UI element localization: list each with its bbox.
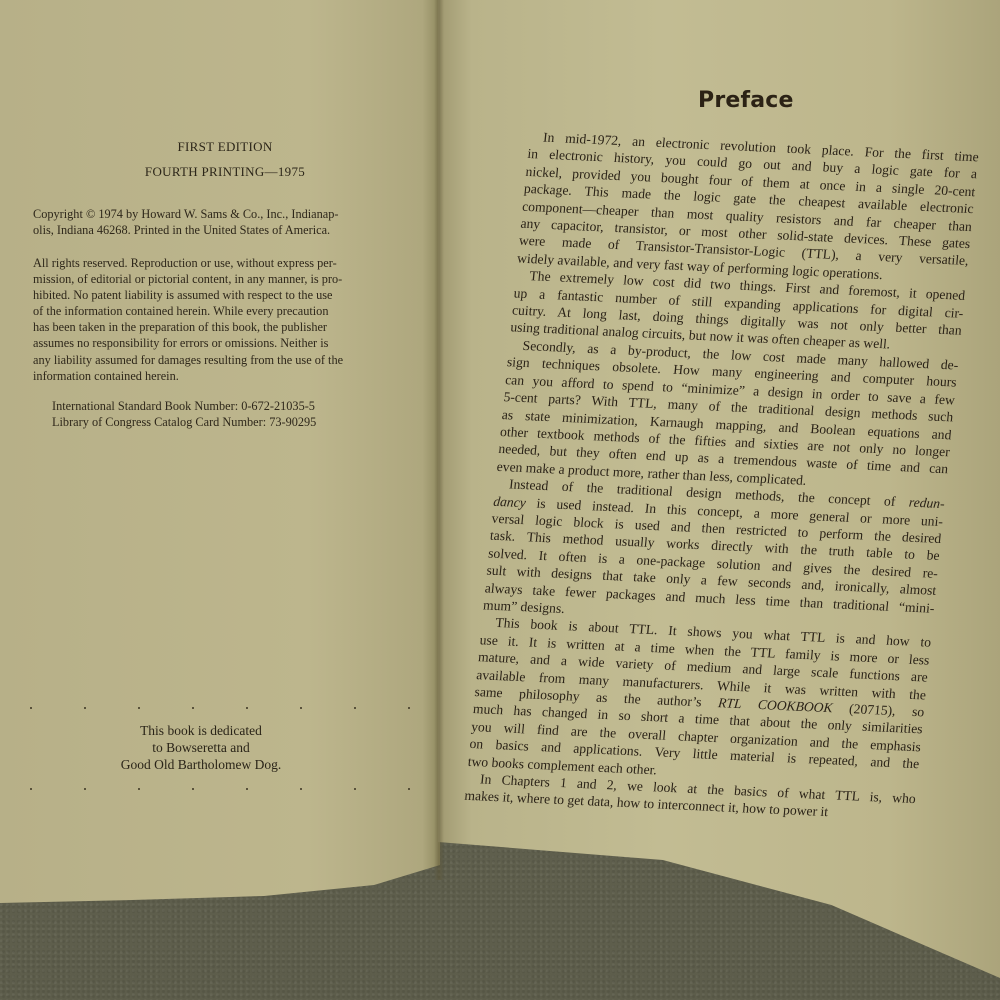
dot-row-top bbox=[30, 707, 410, 709]
dedication-line: to Bowseretta and bbox=[95, 739, 307, 756]
dot-row-bottom bbox=[30, 788, 410, 790]
edition-label: FIRST EDITION bbox=[60, 139, 390, 155]
rights-line: has been taken in the preparation of thi… bbox=[33, 319, 411, 335]
dedication: This book is dedicated to Bowseretta and… bbox=[95, 722, 307, 773]
dedication-line: Good Old Bartholomew Dog. bbox=[95, 756, 307, 773]
lccn-line: Library of Congress Catalog Card Number:… bbox=[52, 414, 316, 430]
book-numbers: International Standard Book Number: 0-67… bbox=[52, 398, 316, 430]
isbn-line: International Standard Book Number: 0-67… bbox=[52, 398, 316, 414]
dedication-line: This book is dedicated bbox=[95, 722, 307, 739]
printing-label: FOURTH PRINTING—1975 bbox=[60, 164, 390, 180]
rights-line: any liability assumed for damages result… bbox=[33, 352, 411, 368]
rights-line: All rights reserved. Reproduction or use… bbox=[33, 255, 411, 271]
preface-body: In mid-1972, an electronic revolution to… bbox=[464, 128, 980, 825]
rights-notice: All rights reserved. Reproduction or use… bbox=[33, 255, 411, 384]
rights-line: assumes no responsibility for errors or … bbox=[33, 335, 411, 351]
rights-line: hibited. No patent liability is assumed … bbox=[33, 287, 411, 303]
preface-heading: Preface bbox=[698, 88, 794, 113]
copyright-line: Copyright © 1974 by Howard W. Sams & Co.… bbox=[33, 206, 411, 222]
copyright-line: olis, Indiana 46268. Printed in the Unit… bbox=[33, 222, 411, 238]
copyright-notice: Copyright © 1974 by Howard W. Sams & Co.… bbox=[33, 206, 411, 238]
rights-line: information contained herein. bbox=[33, 368, 411, 384]
rights-line: mission, of editorial or pictorial conte… bbox=[33, 271, 411, 287]
rights-line: of the information contained herein. Whi… bbox=[33, 303, 411, 319]
